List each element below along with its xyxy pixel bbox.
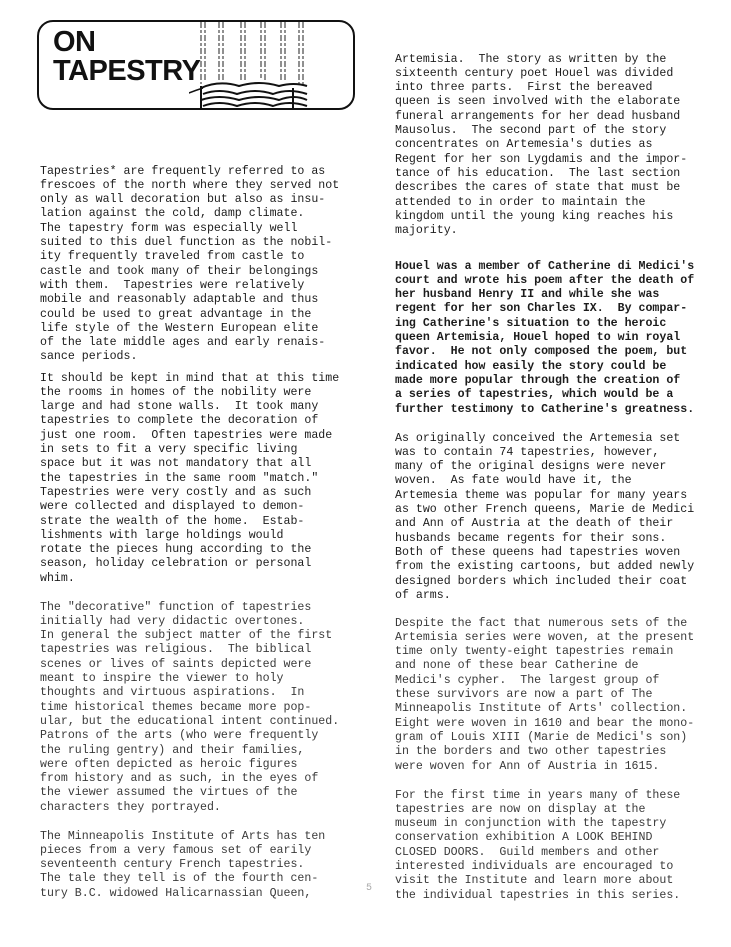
left-column-p3: The "decorative" function of tapestries … xyxy=(40,572,358,829)
article-title: ON TAPESTRY xyxy=(53,28,200,86)
page-number: 5 xyxy=(366,883,372,894)
paragraph-intro: Tapestries* are frequently referred to a… xyxy=(40,165,358,365)
title-line-2: TAPESTRY xyxy=(53,57,200,86)
left-column-p4: The Minneapolis Institute of Arts has te… xyxy=(40,801,358,915)
article-header: ON TAPESTRY xyxy=(37,20,355,110)
paragraph-rooms: It should be kept in mind that at this t… xyxy=(40,372,358,586)
loom-weaving-icon xyxy=(189,22,355,110)
right-column-p2: Houel was a member of Catherine di Medic… xyxy=(395,231,713,431)
right-column-p5: For the first time in years many of thes… xyxy=(395,760,713,917)
paragraph-display: For the first time in years many of thes… xyxy=(395,789,713,903)
right-column-p3: As originally conceived the Artemesia se… xyxy=(395,403,713,617)
paragraph-artemisia: Artemisia. The story as written by the s… xyxy=(395,53,713,239)
title-line-1: ON xyxy=(53,28,200,57)
paragraph-minneapolis: The Minneapolis Institute of Arts has te… xyxy=(40,830,358,901)
paragraph-houel: Houel was a member of Catherine di Medic… xyxy=(395,260,713,417)
paragraph-survivors: Despite the fact that numerous sets of t… xyxy=(395,617,713,774)
left-column-p2: It should be kept in mind that at this t… xyxy=(40,343,358,600)
right-column-p4: Despite the fact that numerous sets of t… xyxy=(395,588,713,788)
paragraph-decorative: The "decorative" function of tapestries … xyxy=(40,601,358,815)
paragraph-original-set: As originally conceived the Artemesia se… xyxy=(395,432,713,604)
right-column: Artemisia. The story as written by the s… xyxy=(395,24,713,253)
